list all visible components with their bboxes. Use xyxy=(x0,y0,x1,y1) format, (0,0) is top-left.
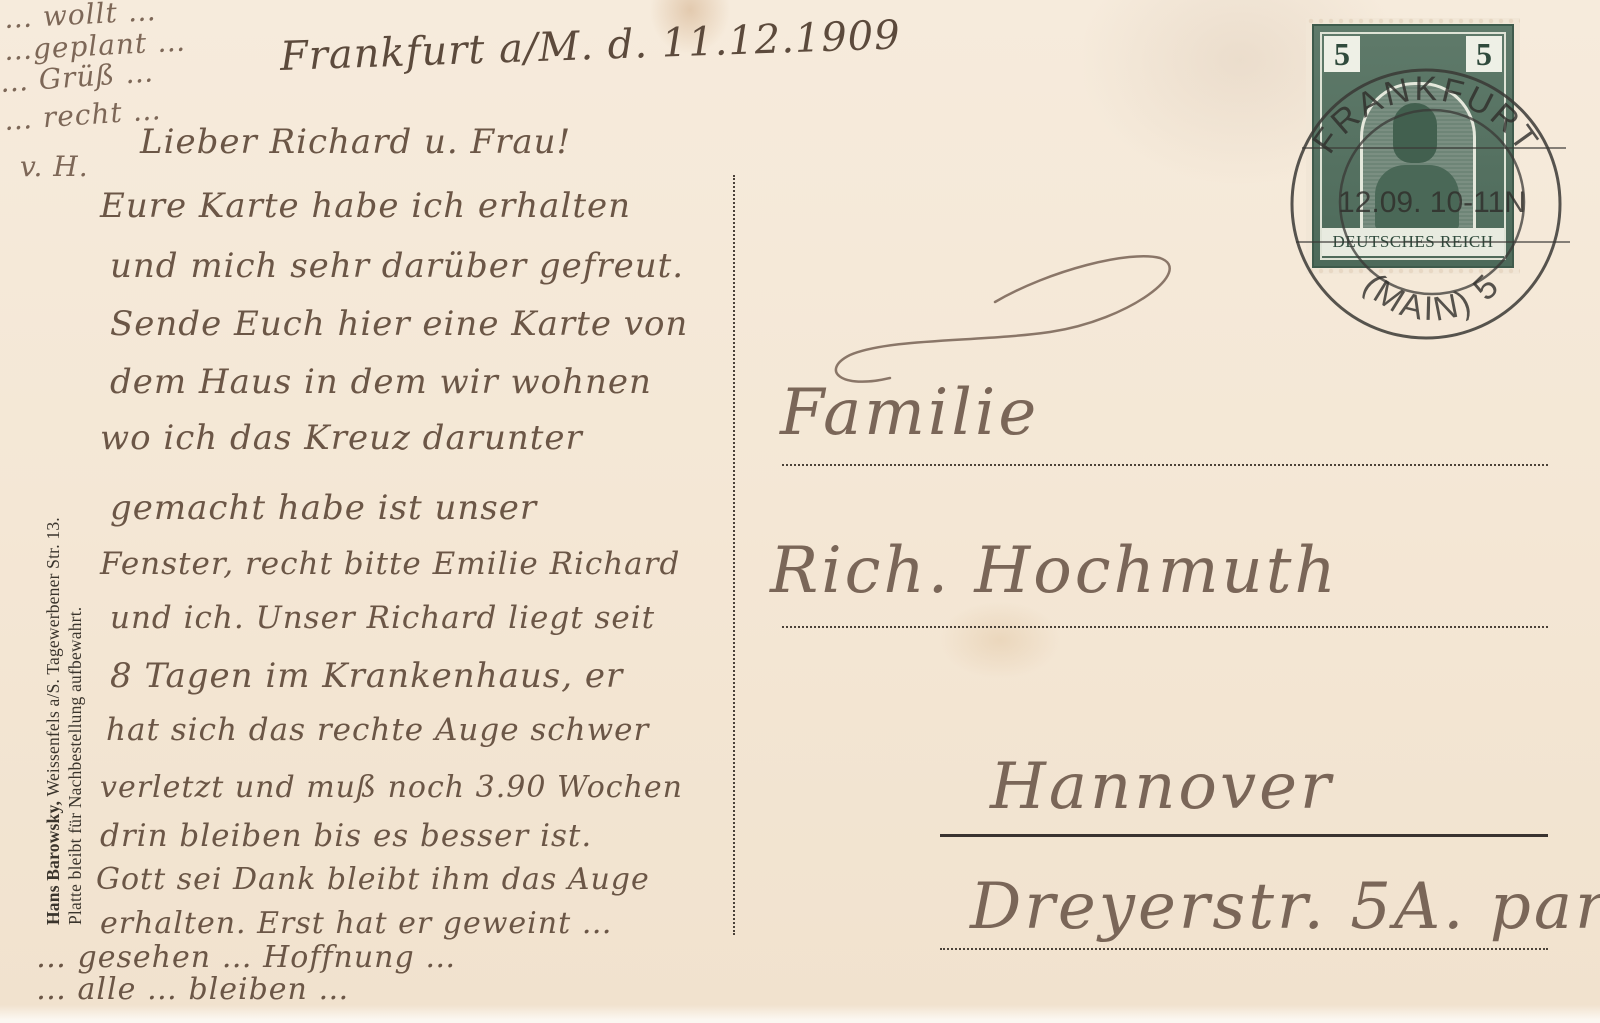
message-line: erhalten. Erst hat er geweint … xyxy=(100,906,613,941)
decorative-swash-icon xyxy=(800,230,1180,390)
address-line-1: Familie xyxy=(780,376,1039,450)
message-address-divider xyxy=(733,175,735,935)
message-line: verletzt und muß noch 3.90 Wochen xyxy=(100,770,683,805)
message-line: Lieber Richard u. Frau! xyxy=(140,122,571,162)
handwritten-message: Frankfurt a/M. d. 11.12.1909 … wollt … …… xyxy=(0,0,790,1023)
postage-stamp: 5 5 DEUTSCHES REICH xyxy=(1306,18,1520,274)
svg-text:(MAIN) 5: (MAIN) 5 xyxy=(1356,266,1508,329)
address-rule-4 xyxy=(940,948,1548,950)
postcard: Hans Barowsky, Weissenfels a/S. Tagewerb… xyxy=(0,0,1600,1023)
message-line: Eure Karte habe ich erhalten xyxy=(100,186,631,226)
message-line: dem Haus in dem wir wohnen xyxy=(110,362,652,402)
margin-note: v. H. xyxy=(20,150,89,183)
message-line: gemacht habe ist unser xyxy=(110,488,537,528)
address-line-4: Dreyerstr. 5A. part. xyxy=(970,870,1600,944)
address-line-2: Rich. Hochmuth xyxy=(770,534,1339,608)
message-line: und ich. Unser Richard liegt seit xyxy=(110,600,655,636)
message-line: Fenster, recht bitte Emilie Richard xyxy=(100,546,680,582)
message-line: drin bleiben bis es besser ist. xyxy=(100,818,592,854)
germania-portrait-icon xyxy=(1360,82,1476,238)
message-line: Sende Euch hier eine Karte von xyxy=(110,304,688,344)
message-line: wo ich das Kreuz darunter xyxy=(100,418,583,458)
message-line: und mich sehr darüber gefreut. xyxy=(110,246,684,286)
message-line: … gesehen … Hoffnung … xyxy=(36,940,456,975)
address-line-3: Hannover xyxy=(990,750,1334,824)
address-rule-1 xyxy=(782,464,1548,466)
stamp-value-left: 5 xyxy=(1324,36,1360,72)
address-rule-3 xyxy=(940,834,1548,837)
margin-note: … recht … xyxy=(3,93,163,137)
stamp-value-right: 5 xyxy=(1466,36,1502,72)
message-line: hat sich das rechte Auge schwer xyxy=(106,712,649,748)
message-line: … alle … bleiben … xyxy=(36,972,349,1007)
dateline: Frankfurt a/M. d. 11.12.1909 xyxy=(279,12,901,80)
message-line: Gott sei Dank bleibt ihm das Auge xyxy=(96,862,650,897)
message-line: 8 Tagen im Krankenhaus, er xyxy=(110,656,623,696)
address-rule-2 xyxy=(782,626,1548,628)
stamp-country: DEUTSCHES REICH xyxy=(1322,228,1504,256)
